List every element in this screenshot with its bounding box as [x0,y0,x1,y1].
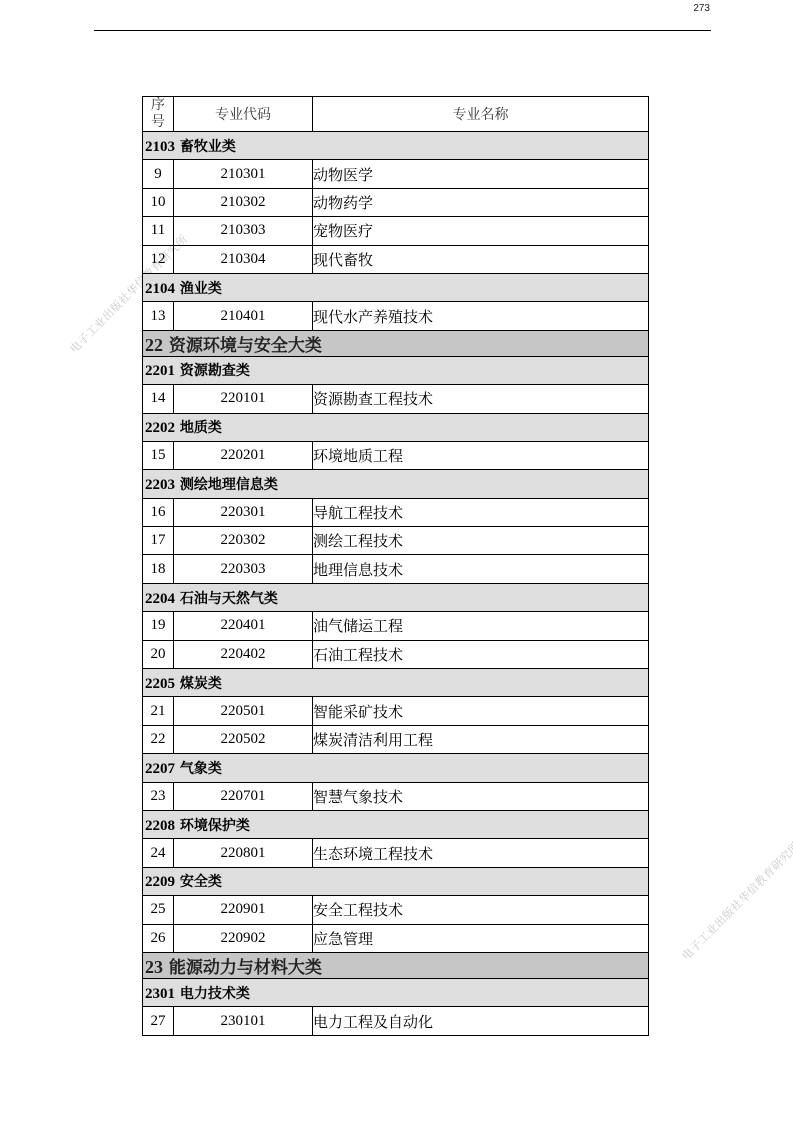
seq-cell: 12 [143,245,174,273]
watermark-right: 电子工业出版社华信教育研究所 [678,838,793,963]
table-row: 10210302动物药学 [143,188,649,216]
table-row: 24220801生态环境工程技术 [143,839,649,867]
major-label: 能源动力与材料大类 [169,958,322,978]
seq-cell: 23 [143,782,174,810]
code-cell: 210401 [174,302,313,330]
name-cell: 导航工程技术 [313,498,649,526]
category-cell: 2103 畜牧业类 [143,132,649,160]
category-label: 渔业类 [180,281,222,297]
table-body: 2103 畜牧业类9210301动物医学10210302动物药学11210303… [143,132,649,1036]
category-code: 2209 [145,874,175,890]
category-code: 2207 [145,761,175,777]
category-cell: 2104 渔业类 [143,273,649,301]
major-code: 22 [145,335,163,355]
category-cell: 2204 石油与天然气类 [143,583,649,611]
name-cell: 地理信息技术 [313,555,649,583]
seq-cell: 26 [143,924,174,952]
name-cell: 宠物医疗 [313,217,649,245]
category-row: 2204 石油与天然气类 [143,583,649,611]
category-code: 2208 [145,818,175,834]
major-category-cell: 23 能源动力与材料大类 [143,952,649,978]
category-cell: 2301 电力技术类 [143,978,649,1006]
category-row: 2103 畜牧业类 [143,132,649,160]
seq-cell: 24 [143,839,174,867]
name-cell: 安全工程技术 [313,896,649,924]
table-row: 17220302测绘工程技术 [143,527,649,555]
category-label: 资源勘查类 [180,363,250,379]
table-row: 26220902应急管理 [143,924,649,952]
code-cell: 220402 [174,640,313,668]
seq-cell: 9 [143,160,174,188]
table-row: 16220301导航工程技术 [143,498,649,526]
category-label: 地质类 [180,420,222,436]
category-label: 气象类 [180,761,222,777]
table-row: 20220402石油工程技术 [143,640,649,668]
table-row: 19220401油气储运工程 [143,612,649,640]
seq-cell: 20 [143,640,174,668]
name-cell: 环境地质工程 [313,441,649,469]
major-category-cell: 22 资源环境与安全大类 [143,330,649,356]
category-code: 2301 [145,986,175,1002]
table-row: 23220701智慧气象技术 [143,782,649,810]
code-cell: 220101 [174,385,313,413]
name-cell: 现代畜牧 [313,245,649,273]
category-cell: 2209 安全类 [143,867,649,895]
code-cell: 220902 [174,924,313,952]
table-row: 12210304现代畜牧 [143,245,649,273]
category-cell: 2205 煤炭类 [143,669,649,697]
seq-cell: 15 [143,441,174,469]
name-cell: 石油工程技术 [313,640,649,668]
category-code: 2205 [145,676,175,692]
code-cell: 220201 [174,441,313,469]
category-label: 测绘地理信息类 [180,477,278,493]
category-label: 电力技术类 [180,986,250,1002]
major-code: 23 [145,957,163,977]
category-code: 2103 [145,139,175,155]
major-label: 资源环境与安全大类 [169,336,322,356]
table-header-row: 序 号 专业代码 专业名称 [143,97,649,132]
page-number: 273 [660,3,710,14]
name-cell: 智慧气象技术 [313,782,649,810]
name-cell: 智能采矿技术 [313,697,649,725]
category-label: 煤炭类 [180,676,222,692]
seq-cell: 27 [143,1007,174,1035]
category-row: 2201 资源勘查类 [143,356,649,384]
table-row: 11210303宠物医疗 [143,217,649,245]
category-row: 2208 环境保护类 [143,810,649,838]
header-name: 专业名称 [313,97,649,132]
code-cell: 210301 [174,160,313,188]
code-cell: 210302 [174,188,313,216]
category-cell: 2201 资源勘查类 [143,356,649,384]
name-cell: 测绘工程技术 [313,527,649,555]
code-cell: 220501 [174,697,313,725]
code-cell: 220401 [174,612,313,640]
category-label: 石油与天然气类 [180,591,278,607]
category-row: 2203 测绘地理信息类 [143,470,649,498]
code-cell: 220701 [174,782,313,810]
major-category-row: 22 资源环境与安全大类 [143,330,649,356]
table-row: 22220502煤炭清洁利用工程 [143,725,649,753]
table-row: 25220901安全工程技术 [143,896,649,924]
category-cell: 2207 气象类 [143,754,649,782]
category-cell: 2203 测绘地理信息类 [143,470,649,498]
category-code: 2204 [145,591,175,607]
name-cell: 应急管理 [313,924,649,952]
category-label: 畜牧业类 [180,139,236,155]
name-cell: 电力工程及自动化 [313,1007,649,1035]
table-row: 27230101电力工程及自动化 [143,1007,649,1035]
category-cell: 2208 环境保护类 [143,810,649,838]
code-cell: 220302 [174,527,313,555]
name-cell: 动物医学 [313,160,649,188]
category-label: 环境保护类 [180,818,250,834]
category-label: 安全类 [180,874,222,890]
seq-cell: 16 [143,498,174,526]
seq-cell: 17 [143,527,174,555]
seq-cell: 19 [143,612,174,640]
header-seq: 序 号 [143,97,174,132]
seq-cell: 11 [143,217,174,245]
category-row: 2205 煤炭类 [143,669,649,697]
table-row: 9210301动物医学 [143,160,649,188]
table-row: 21220501智能采矿技术 [143,697,649,725]
category-code: 2202 [145,420,175,436]
seq-cell: 13 [143,302,174,330]
name-cell: 资源勘查工程技术 [313,385,649,413]
name-cell: 生态环境工程技术 [313,839,649,867]
seq-cell: 22 [143,725,174,753]
category-code: 2104 [145,281,175,297]
major-category-row: 23 能源动力与材料大类 [143,952,649,978]
category-row: 2202 地质类 [143,413,649,441]
category-code: 2201 [145,363,175,379]
seq-cell: 18 [143,555,174,583]
code-cell: 230101 [174,1007,313,1035]
seq-cell: 25 [143,896,174,924]
category-row: 2209 安全类 [143,867,649,895]
category-code: 2203 [145,477,175,493]
code-cell: 220901 [174,896,313,924]
table-row: 18220303地理信息技术 [143,555,649,583]
code-cell: 210304 [174,245,313,273]
code-cell: 220502 [174,725,313,753]
category-cell: 2202 地质类 [143,413,649,441]
code-cell: 210303 [174,217,313,245]
code-cell: 220301 [174,498,313,526]
header-code: 专业代码 [174,97,313,132]
header-rule [94,30,711,31]
name-cell: 现代水产养殖技术 [313,302,649,330]
table-row: 15220201环境地质工程 [143,441,649,469]
table-row: 13210401现代水产养殖技术 [143,302,649,330]
category-row: 2207 气象类 [143,754,649,782]
code-cell: 220303 [174,555,313,583]
name-cell: 动物药学 [313,188,649,216]
name-cell: 油气储运工程 [313,612,649,640]
category-row: 2301 电力技术类 [143,978,649,1006]
category-row: 2104 渔业类 [143,273,649,301]
majors-table: 序 号 专业代码 专业名称 2103 畜牧业类9210301动物医学102103… [142,96,649,1036]
header-seq-line2: 号 [151,114,165,130]
table-row: 14220101资源勘查工程技术 [143,385,649,413]
seq-cell: 10 [143,188,174,216]
header-seq-line1: 序 [151,97,165,113]
seq-cell: 14 [143,385,174,413]
seq-cell: 21 [143,697,174,725]
code-cell: 220801 [174,839,313,867]
name-cell: 煤炭清洁利用工程 [313,725,649,753]
